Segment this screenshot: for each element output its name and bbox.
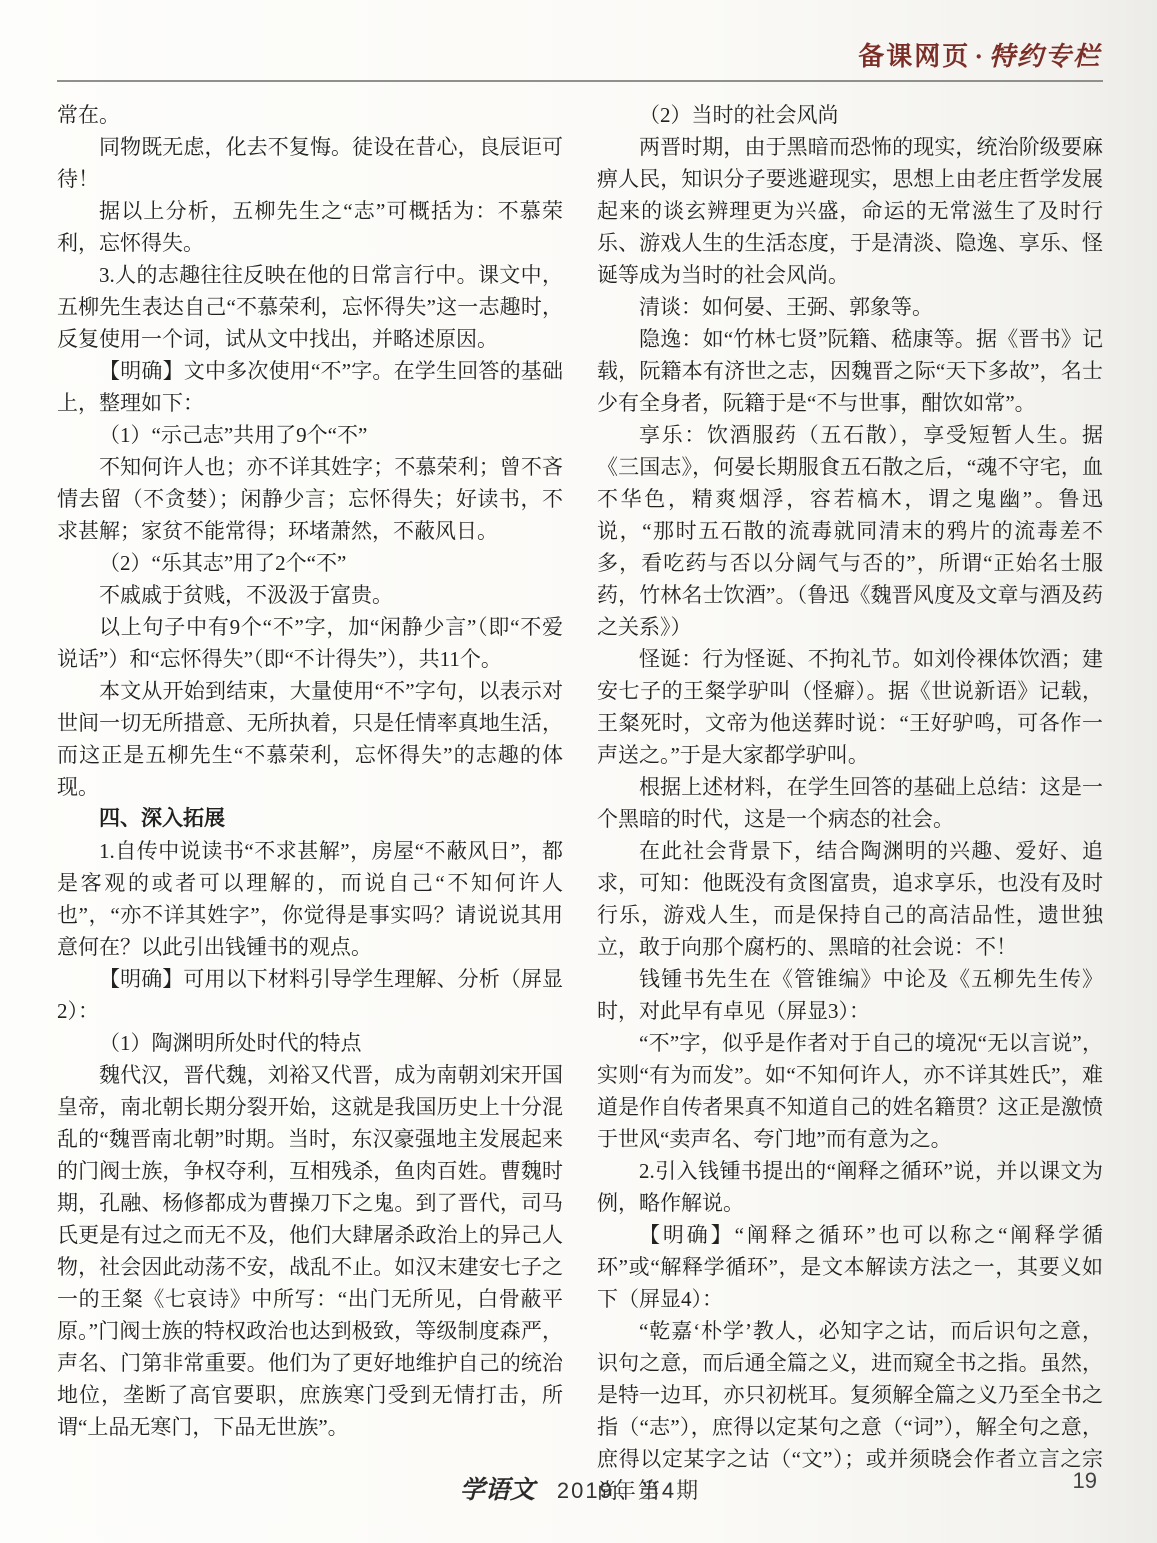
paragraph: （2）“乐其志”用了2个“不”: [57, 547, 563, 579]
paragraph: 钱锺书先生在《管锥编》中论及《五柳先生传》时，对此早有卓见（屏显3）：: [597, 963, 1103, 1027]
paragraph: “不”字，似乎是作者对于自己的境况“无以言说”，实则“有为而发”。如“不知何许人…: [597, 1027, 1103, 1155]
paragraph: 根据上述材料，在学生回答的基础上总结：这是一个黑暗的时代，这是一个病态的社会。: [597, 771, 1103, 835]
paragraph: 【明确】可用以下材料引导学生理解、分析（屏显2）：: [57, 963, 563, 1027]
page-footer: 学语文2019年第4期: [57, 1470, 1103, 1506]
paragraph: 据以上分析，五柳先生之“志”可概括为：不慕荣利，忘怀得失。: [57, 195, 563, 259]
paragraph: 享乐：饮酒服药（五石散），享受短暂人生。据《三国志》，何晏长期服食五石散之后，“…: [597, 419, 1103, 643]
paragraph: 不戚戚于贫贱，不汲汲于富贵。: [57, 579, 563, 611]
paragraph: 怪诞：行为怪诞、不拘礼节。如刘伶裸体饮酒；建安七子的王粲学驴叫（怪癖）。据《世说…: [597, 643, 1103, 771]
paragraph: 3.人的志趣往往反映在他的日常言行中。课文中，五柳先生表达自己“不慕荣利，忘怀得…: [57, 259, 563, 355]
journal-title: 学语文: [460, 1477, 535, 1504]
paragraph: 本文从开始到结束，大量使用“不”字句，以表示对世间一切无所措意、无所执着，只是任…: [57, 675, 563, 803]
text-column-left: 常在。同物既无虑，化去不复悔。徒设在昔心，良辰讵可待！据以上分析，五柳先生之“志…: [57, 99, 563, 1507]
journal-page: 备课网页·特约专栏 常在。同物既无虑，化去不复悔。徒设在昔心，良辰讵可待！据以上…: [0, 0, 1157, 1543]
section-title: 备课网页: [858, 41, 970, 71]
paragraph: 常在。: [57, 99, 563, 131]
article-body: 常在。同物既无虑，化去不复悔。徒设在昔心，良辰讵可待！据以上分析，五柳先生之“志…: [57, 99, 1103, 1507]
feature-column-title: 特约专栏: [989, 42, 1101, 71]
paragraph: 【明确】“阐释之循环”也可以称之“阐释学循环”或“解释学循环”，是文本解读方法之…: [597, 1219, 1103, 1315]
paragraph: 以上句子中有9个“不”字，加“闲静少言”（即“不爱说话”）和“忘怀得失”（即“不…: [57, 611, 563, 675]
paragraph: 1.自传中说读书“不求甚解”，房屋“不蔽风日”，都是客观的或者可以理解的，而说自…: [57, 835, 563, 963]
paragraph: 同物既无虑，化去不复悔。徒设在昔心，良辰讵可待！: [57, 131, 563, 195]
header-divider-line: [57, 80, 1103, 82]
paragraph: 不知何许人也；亦不详其姓字；不慕荣利；曾不吝情去留（不贪婪）；闲静少言；忘怀得失…: [57, 451, 563, 547]
paragraph: 魏代汉，晋代魏，刘裕又代晋，成为南朝刘宋开国皇帝，南北朝长期分裂开始，这就是我国…: [57, 1059, 563, 1443]
paragraph: 隐逸：如“竹林七贤”阮籍、嵇康等。据《晋书》记载，阮籍本有济世之志，因魏晋之际“…: [597, 323, 1103, 419]
page-number: 19: [1073, 1468, 1097, 1494]
header-separator-dot: ·: [970, 42, 989, 71]
text-column-right: （2）当时的社会风尚两晋时期，由于黑暗而恐怖的现实，统治阶级要麻痹人民，知识分子…: [597, 99, 1103, 1507]
paragraph: 【明确】文中多次使用“不”字。在学生回答的基础上，整理如下：: [57, 355, 563, 419]
paragraph: （1）陶渊明所处时代的特点: [57, 1027, 563, 1059]
paragraph: 两晋时期，由于黑暗而恐怖的现实，统治阶级要麻痹人民，知识分子要逃避现实，思想上由…: [597, 131, 1103, 291]
journal-issue: 2019年第4期: [557, 1478, 700, 1503]
paragraph: （2）当时的社会风尚: [597, 99, 1103, 131]
paragraph: 2.引入钱锺书提出的“阐释之循环”说，并以课文为例，略作解说。: [597, 1155, 1103, 1219]
page-header: 备课网页·特约专栏: [858, 36, 1101, 73]
section-heading: 四、深入拓展: [57, 803, 563, 835]
paragraph: 清谈：如何晏、王弼、郭象等。: [597, 291, 1103, 323]
paragraph: （1）“示己志”共用了9个“不”: [57, 419, 563, 451]
paragraph: 在此社会背景下，结合陶渊明的兴趣、爱好、追求，可知：他既没有贪图富贵，追求享乐，…: [597, 835, 1103, 963]
